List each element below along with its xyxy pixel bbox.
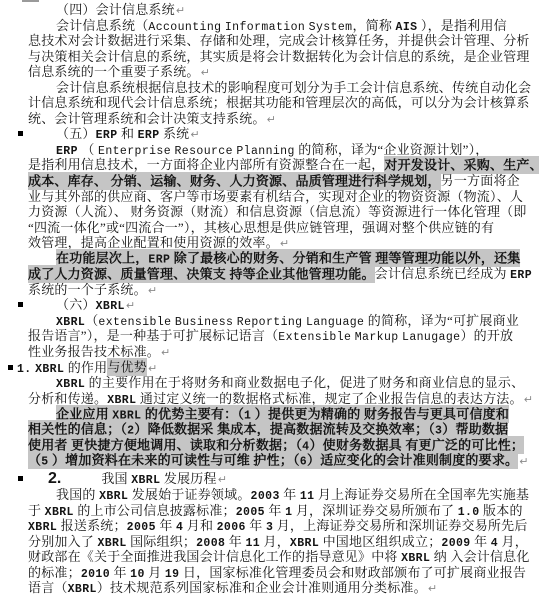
latin-run: 2010 <box>81 568 110 581</box>
latin-run: 3 <box>266 521 273 534</box>
latin-run: 1.0 <box>458 506 480 519</box>
text-segment: 1. XBRL 的作用 <box>17 360 107 375</box>
paragraph-mark-icon: ↵ <box>217 473 227 486</box>
text-line: 成了人力资源、质量管理、决策支 持等企业其他管理功能。会计信息系统已经成为 ER… <box>28 266 533 282</box>
latin-run: XBRL <box>68 583 97 596</box>
latin-run: 11 <box>300 490 315 503</box>
text-segment: （四）会计信息系统 <box>56 2 175 17</box>
text-line: （5 ）增加资料在未来的可读性与可维 护性；（6）适应变化的会计准则制度的要求。… <box>28 453 533 469</box>
latin-run: 2006 <box>217 521 246 534</box>
paragraph-mark-icon: ↵ <box>175 4 185 17</box>
text-line: 信息系统的一个重要子系统。↵ <box>28 64 533 80</box>
list-bullet-icon <box>18 131 23 136</box>
paragraph-mark-icon: ↵ <box>427 582 437 595</box>
section-number: 2. <box>48 471 61 487</box>
text-segment: 信息系统的一个重要子系统。 <box>28 64 200 79</box>
text-line: 于 XBRL 的上市公司信息披露标准；2005 年 1 月，深圳证券交易所颁布了… <box>28 503 533 519</box>
text-segment: 分析和传递。XBRL 通过定义统一的数据格式标准，规定了企业报告信息的表达方法。 <box>28 391 523 406</box>
text-segment: XBRL 的主要作用在于将财务和商业数据电子化，促进了财务和商业信息的显示、 <box>56 375 524 390</box>
text-segment: 我国的 XBRL 发展始于证券领域。2003 年 11 月上海证券交易所在全国率… <box>56 487 529 502</box>
text-line: XBRL（extensible Business Reporting Langu… <box>28 313 533 329</box>
latin-run: Reporting <box>237 316 303 329</box>
text-segment: 系统的一个子系统。 <box>28 282 147 297</box>
latin-run: 2005 <box>236 506 265 519</box>
text-line: 语言（XBRL）技术规范系列国家标准和企业会计准则通用分类标准。↵ <box>28 580 533 596</box>
paragraph-mark-icon: ↵ <box>200 66 210 79</box>
latin-run: 4 <box>176 521 183 534</box>
text-segment: ERP （ Enterprise Resource Planning 的简称，译… <box>56 142 488 157</box>
latin-run: Accounting <box>148 21 221 34</box>
list-bullet-icon <box>18 476 23 481</box>
text-segment: 于 XBRL 的上市公司信息披露标准；2005 年 1 月，深圳证券交易所颁布了… <box>28 503 523 518</box>
latin-run: 10 <box>130 568 145 581</box>
latin-run: Markup <box>355 331 399 344</box>
text-segment: 财政部在《关于全面推进我国会计信息化工作的指导意见》中将 XBRL 纳 入会计信… <box>28 549 530 564</box>
latin-run: ERP <box>138 129 160 142</box>
text-segment: 与决策相关会计信息的系统，其实质是将会计数据转化为会计信息的系统，是企业管理 <box>28 49 530 64</box>
paragraph-mark-icon: ↵ <box>518 455 528 468</box>
text-line: （六）XBRL↵ <box>28 297 533 313</box>
text-segment: “四流一体化”或“四流合一”），其核心思想是供应链管理，强调对整个供应链的有 <box>28 220 494 235</box>
text-segment: 的标准；2010 年 10 月 19 日，国家标准化管理委员会和财政部颁布了可扩… <box>28 565 526 580</box>
text-segment: 会计信息系统根据信息技术的影响程度可划分为手工会计信息系统、传统自动化会 <box>56 80 531 95</box>
text-line: 分别加入了 XBRL 国际组织；2008 年 11 月，XBRL 中国地区组织成… <box>28 534 533 550</box>
latin-run: 2009 <box>441 537 470 550</box>
text-line: 会计信息系统（Accounting Information System，简称 … <box>28 18 533 34</box>
text-segment: 成本、库存、 分销、运输、财务、人力资源、品质管理进行科学规划， <box>28 172 441 190</box>
text-segment: XBRL 报送系统；2005 年 4 月和 2006 年 3 月，上海证券交易所… <box>28 518 528 533</box>
text-segment: 效管理，提高企业配置和使用资源的效率。 <box>28 235 279 250</box>
latin-run: System <box>309 21 353 34</box>
latin-run: Resource <box>174 145 232 158</box>
text-line: “四流一体化”或“四流合一”），其核心思想是供应链管理，强调对整个供应链的有 <box>28 220 533 236</box>
document-page: （四）会计信息系统↵会计信息系统（Accounting Information … <box>0 0 539 600</box>
latin-run: XBRL <box>35 363 64 376</box>
text-segment: 成了人力资源、质量管理、决策支 持等企业其他管理功能。 <box>28 265 375 283</box>
latin-run: Business <box>175 316 233 329</box>
text-segment: 计信息系统和现代会计信息系统；根据其功能和管理层次的高低，可以分为会计核算系 <box>28 95 530 110</box>
latin-run: 2005 <box>127 521 156 534</box>
text-line: （四）会计信息系统↵ <box>28 2 533 18</box>
latin-run: XBRL <box>28 521 57 534</box>
paragraph-mark-icon: ↵ <box>266 113 276 126</box>
text-line: 相关性的信息；（2）降低数据采 集成本，提高数据流转及交换效率；（3）帮助数据 <box>28 422 533 438</box>
text-line: 性业务报告技术标准。↵ <box>28 344 533 360</box>
latin-run: 1. <box>17 363 32 376</box>
latin-run: AIS <box>396 21 418 34</box>
latin-run: XBRL <box>56 378 85 391</box>
latin-run: Information <box>225 21 305 34</box>
paragraph-mark-icon: ↵ <box>523 393 533 406</box>
latin-run: XBRL <box>99 490 128 503</box>
text-segment: 业与其外部的供应商、客户等市场要素有机结合，实现对企业的物资资源（物流）、人 <box>28 189 523 204</box>
latin-run: Enterprise <box>98 145 171 158</box>
latin-run: XBRL <box>56 316 85 329</box>
latin-run: ERP <box>510 269 532 282</box>
paragraph-mark-icon: ↵ <box>160 346 170 359</box>
text-segment: 是指利用信息技术，一方面将企业内部所有资源整合在一起， <box>28 157 384 172</box>
latin-run: Language <box>306 316 364 329</box>
text-line: 1. XBRL 的作用与优势↵ <box>17 360 533 376</box>
text-line: 我国的 XBRL 发展始于证券领域。2003 年 11 月上海证券交易所在全国率… <box>28 487 533 503</box>
latin-run: XBRL <box>45 506 74 519</box>
paragraph-mark-icon: ↵ <box>189 128 199 141</box>
text-segment: 会计信息系统已经成为 ERP <box>375 266 532 281</box>
text-line: 在功能层次上，ERP 除了最核心的财务、分销和生产管 理等管理功能以外，还集 <box>28 251 533 267</box>
text-segment: 会计信息系统（Accounting Information System，简称 … <box>56 18 507 33</box>
text-segment: （五）ERP 和 ERP 系统 <box>56 126 189 141</box>
text-segment: 另一方面将企 <box>441 173 520 188</box>
text-line: 的标准；2010 年 10 月 19 日，国家标准化管理委员会和财政部颁布了可扩… <box>28 565 533 581</box>
text-line: 统、会计管理系统和会计决策支持系统。↵ <box>28 111 533 127</box>
text-segment: 统、会计管理系统和会计决策支持系统。 <box>28 111 266 126</box>
latin-run: 1 <box>285 506 292 519</box>
latin-run: XBRL <box>96 300 125 313</box>
text-line: 业与其外部的供应商、客户等市场要素有机结合，实现对企业的物资资源（物流）、人 <box>28 189 533 205</box>
text-line: 分析和传递。XBRL 通过定义统一的数据格式标准，规定了企业报告信息的表达方法。… <box>28 391 533 407</box>
text-line: 是指利用信息技术，一方面将企业内部所有资源整合在一起，对开发设计、采购、生产、 <box>28 157 533 173</box>
latin-run: XBRL <box>401 552 430 565</box>
list-bullet-icon <box>8 365 13 370</box>
text-segment: 分别加入了 XBRL 国际组织；2008 年 11 月，XBRL 中国地区组织成… <box>28 534 528 549</box>
text-line: 与决策相关会计信息的系统，其实质是将会计数据转化为会计信息的系统，是企业管理 <box>28 49 533 65</box>
text-line: 力资源（人流）、 财务资源（财流）和信息资源（信息流）等资源进行一体化管理（即 <box>28 204 533 220</box>
latin-run: Planning <box>236 145 294 158</box>
text-line: 财政部在《关于全面推进我国会计信息化工作的指导意见》中将 XBRL 纳 入会计信… <box>28 549 533 565</box>
text-segment: （六）XBRL <box>56 297 125 312</box>
latin-run: 4 <box>491 537 498 550</box>
text-line: XBRL 的主要作用在于将财务和商业数据电子化，促进了财务和商业信息的显示、 <box>28 375 533 391</box>
paragraph-mark-icon: ↵ <box>147 362 157 375</box>
latin-run: Extensible <box>278 331 351 344</box>
text-line: 计信息系统和现代会计信息系统；根据其功能和管理层次的高低，可以分为会计核算系 <box>28 95 533 111</box>
text-line: 成本、库存、 分销、运输、财务、人力资源、品质管理进行科学规划，另一方面将企 <box>28 173 533 189</box>
text-segment: 我国 XBRL 发展历程 <box>101 471 216 486</box>
text-line: 会计信息系统根据信息技术的影响程度可划分为手工会计信息系统、传统自动化会 <box>28 80 533 96</box>
text-line: 系统的一个子系统。↵ <box>28 282 533 298</box>
latin-run: Lanugage <box>402 331 460 344</box>
text-line: 2.我国 XBRL 发展历程↵ <box>28 471 533 487</box>
latin-run: ERP <box>56 145 78 158</box>
text-line: 报告语言”），是一种基于可扩展标记语言（Extensible Markup La… <box>28 328 533 344</box>
latin-run: extensible <box>98 316 171 329</box>
latin-run: 11 <box>245 537 260 550</box>
text-line: XBRL 报送系统；2005 年 4 月和 2006 年 3 月，上海证券交易所… <box>28 518 533 534</box>
latin-run: XBRL <box>290 537 319 550</box>
latin-run: 19 <box>165 568 180 581</box>
latin-run: 2003 <box>251 490 280 503</box>
text-segment: 与优势 <box>107 358 147 376</box>
latin-run: 2008 <box>196 537 225 550</box>
latin-run: 5 <box>41 456 48 469</box>
paragraph-mark-icon: ↵ <box>125 299 135 312</box>
text-segment: 语言（XBRL）技术规范系列国家标准和企业会计准则通用分类标准。 <box>28 580 427 595</box>
paragraph-mark-icon: ↵ <box>147 284 157 297</box>
text-segment: 报告语言”），是一种基于可扩展标记语言（Extensible Markup La… <box>28 328 513 343</box>
paragraph-mark-icon: ↵ <box>279 237 289 250</box>
text-segment: XBRL（extensible Business Reporting Langu… <box>56 313 519 328</box>
text-segment: 性业务报告技术标准。 <box>28 344 160 359</box>
text-segment: （5 ）增加资料在未来的可读性与可维 护性；（6）适应变化的会计准则制度的要求。 <box>28 451 518 469</box>
latin-run: 6 <box>300 456 307 469</box>
latin-run: ERP <box>96 129 118 142</box>
text-segment: 力资源（人流）、 财务资源（财流）和信息资源（信息流）等资源进行一体化管理（即 <box>28 204 527 219</box>
text-line: （五）ERP 和 ERP 系统↵ <box>28 126 533 142</box>
text-line: 息技术对会计数据进行采集、存储和处理，完成会计核算任务，并提供会计管理、分析 <box>28 33 533 49</box>
text-segment: 息技术对会计数据进行采集、存储和处理，完成会计核算任务，并提供会计管理、分析 <box>28 33 530 48</box>
latin-run: XBRL <box>131 474 160 487</box>
list-bullet-icon <box>18 302 23 307</box>
latin-run: XBRL <box>97 537 126 550</box>
